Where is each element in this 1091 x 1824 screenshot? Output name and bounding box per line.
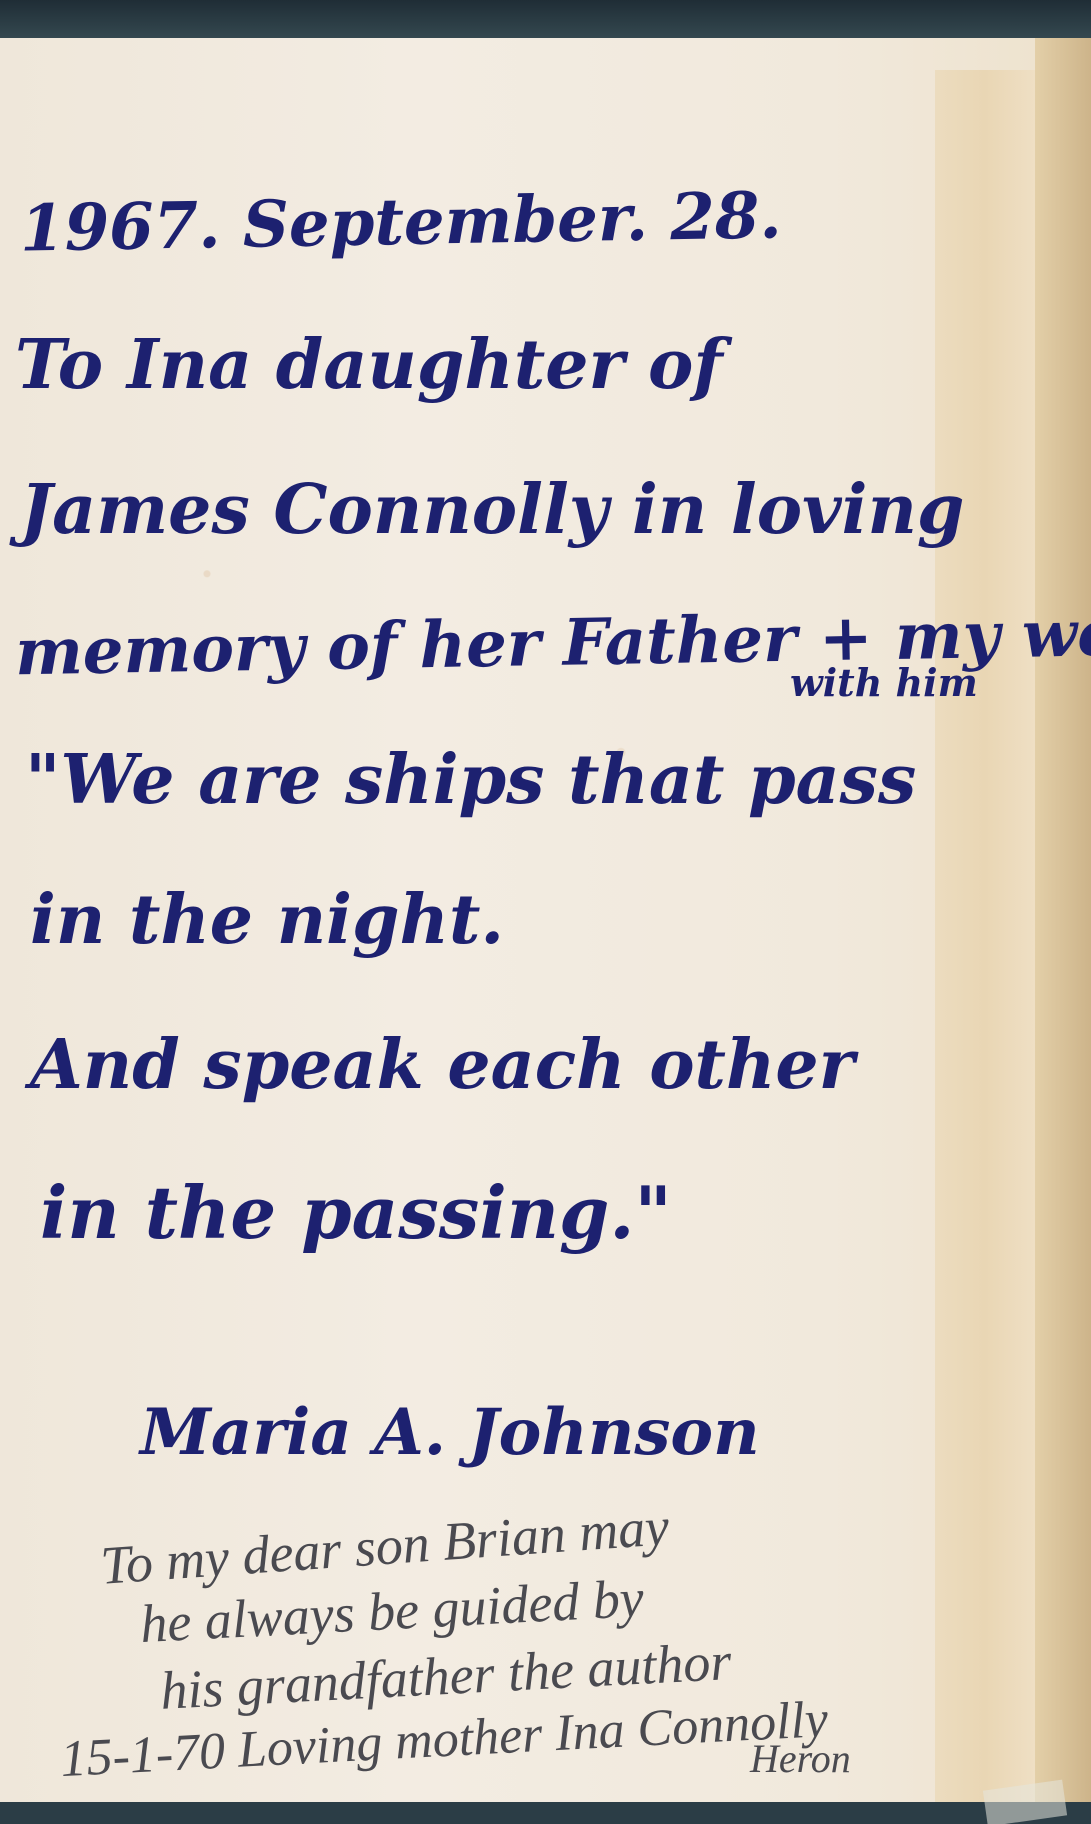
book-cover-bottom xyxy=(0,1802,1091,1824)
page-edges xyxy=(1035,38,1091,1824)
inscription-line: To Ina daughter of xyxy=(15,325,723,405)
quote-line: in the night. xyxy=(30,880,504,960)
inscription-insertion: with him xyxy=(790,660,978,705)
page-gutter xyxy=(935,70,1035,1824)
signature: Maria A. Johnson xyxy=(140,1395,760,1470)
quote-line: in the passing." xyxy=(40,1170,672,1255)
book-flyleaf-photo: 1967. September. 28. To Ina daughter of … xyxy=(0,0,1091,1824)
inscription-date: 1967. September. 28. xyxy=(19,178,782,266)
inscription-line: James Connolly in loving xyxy=(20,470,964,550)
quote-line: And speak each other xyxy=(30,1025,855,1105)
pencil-surname: Heron xyxy=(750,1735,851,1782)
book-cover-edge xyxy=(0,0,1091,38)
quote-line: "We are ships that pass xyxy=(25,740,916,820)
